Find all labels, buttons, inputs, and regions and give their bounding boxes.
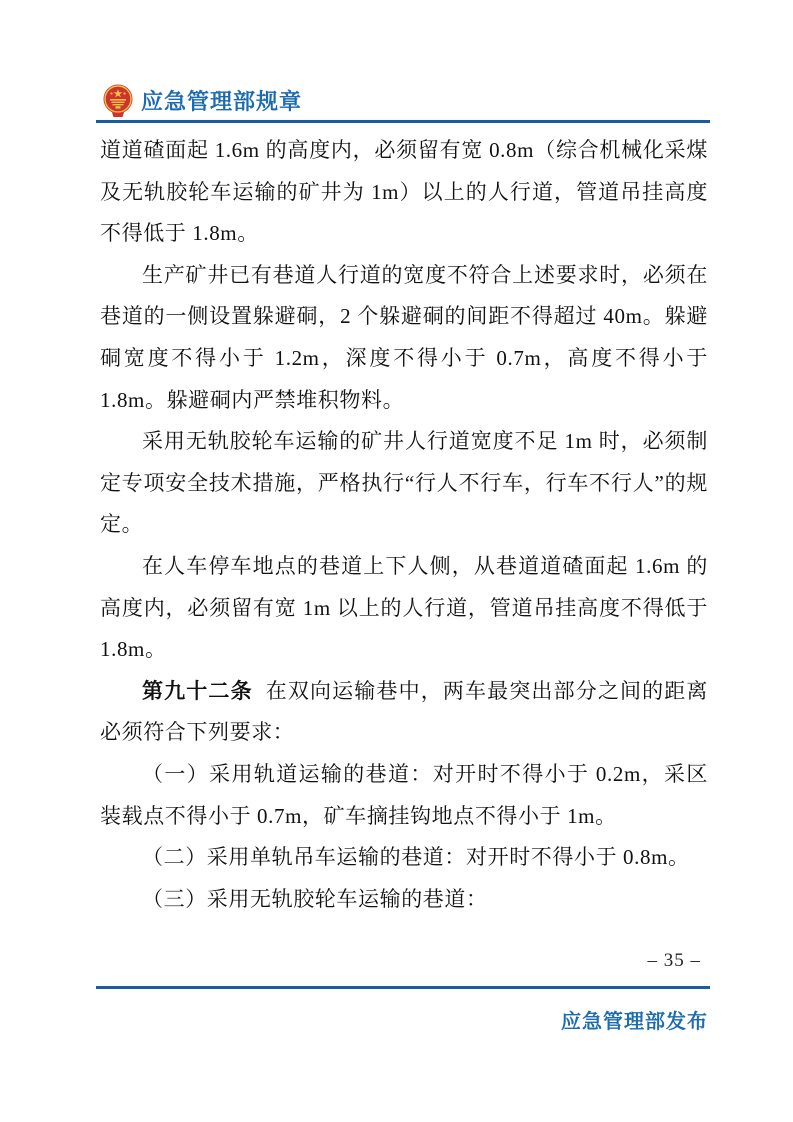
- body-paragraph-article: 第九十二条在双向运输巷中，两车最突出部分之间的距离必须符合下列要求：: [100, 671, 708, 754]
- document-body: 道道碴面起 1.6m 的高度内，必须留有宽 0.8m（综合机械化采煤及无轨胶轮车…: [100, 130, 708, 920]
- national-emblem-icon: [102, 84, 134, 117]
- body-paragraph: 在人车停车地点的巷道上下人侧，从巷道道碴面起 1.6m 的高度内，必须留有宽 1…: [100, 546, 708, 671]
- document-page: 应急管理部规章 道道碴面起 1.6m 的高度内，必须留有宽 0.8m（综合机械化…: [0, 0, 793, 1122]
- body-paragraph: 采用无轨胶轮车运输的矿井人行道宽度不足 1m 时，必须制定专项安全技术措施，严格…: [100, 421, 708, 546]
- body-paragraph: 生产矿井已有巷道人行道的宽度不符合上述要求时，必须在巷道的一侧设置躲避硐，2 个…: [100, 255, 708, 421]
- page-header: 应急管理部规章: [102, 83, 302, 117]
- page-title: 应急管理部规章: [141, 85, 302, 116]
- body-paragraph: 道道碴面起 1.6m 的高度内，必须留有宽 0.8m（综合机械化采煤及无轨胶轮车…: [100, 130, 708, 255]
- body-paragraph: （二）采用单轨吊车运输的巷道：对开时不得小于 0.8m。: [100, 837, 708, 879]
- article-number: 第九十二条: [142, 680, 253, 703]
- body-paragraph: （三）采用无轨胶轮车运输的巷道：: [100, 879, 708, 921]
- page-number: – 35 –: [100, 950, 701, 972]
- footer-rule: [96, 986, 710, 989]
- footer-publisher: 应急管理部发布: [100, 1005, 708, 1034]
- body-paragraph: （一）采用轨道运输的巷道：对开时不得小于 0.2m，采区装载点不得小于 0.7m…: [100, 754, 708, 837]
- header-rule: [96, 120, 710, 123]
